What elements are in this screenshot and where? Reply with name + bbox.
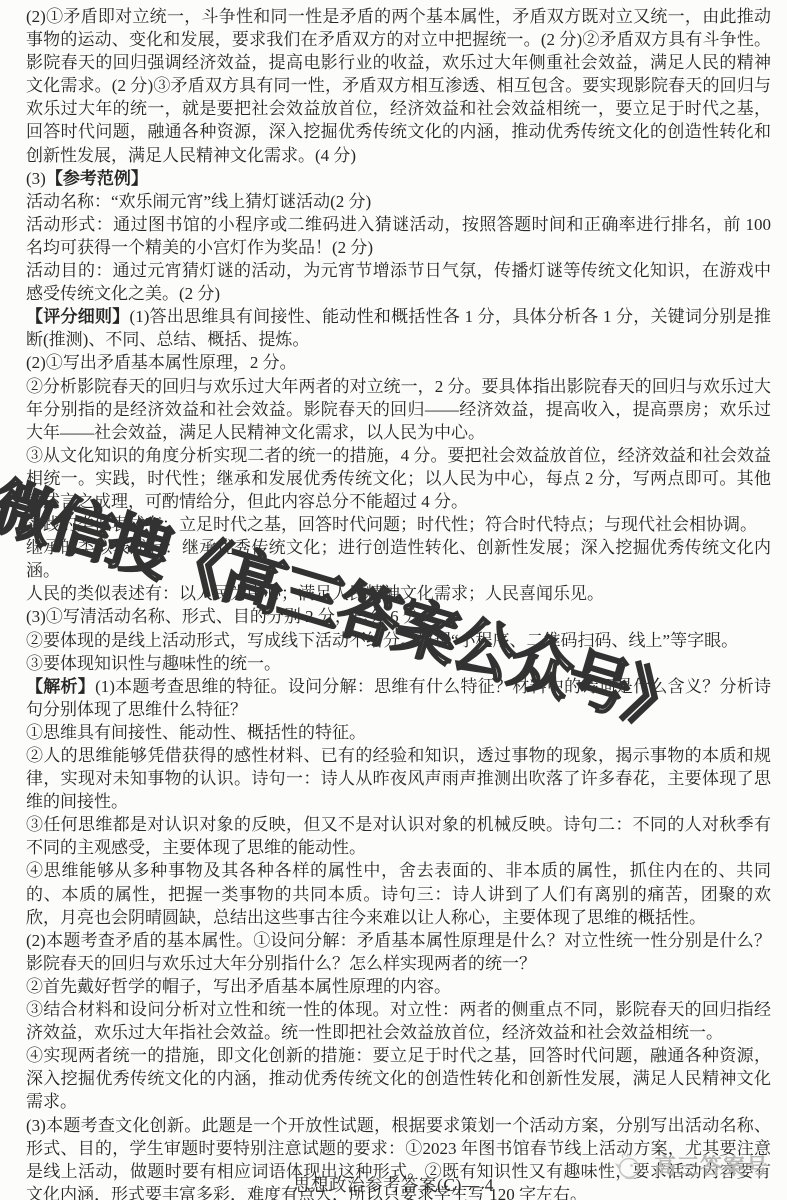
paragraph-pre: (3) — [26, 169, 46, 188]
paragraph: 实践的类似表述有：立足时代之基，回答时代问题；时代性；符合时代特点；与现代社会相… — [26, 513, 771, 536]
paragraph-text: (1)本题考查思维的特征。设问分解：思维有什么特征？材料中的诗词是什么含义？分析… — [26, 677, 771, 719]
paragraph: ③任何思维都是对认识对象的反映，但又不是对认识对象的机械反映。诗句二：不同的人对… — [26, 813, 771, 859]
paragraph-text: (2)①矛盾即对立统一，斗争性和同一性是矛盾的两个基本属性，矛盾双方既对立又统一… — [26, 7, 771, 165]
paragraph-text: ③从文化知识的角度分析实现二者的统一的措施，4 分。要把社会效益放首位，经济效益… — [26, 446, 771, 511]
paragraph: ②人的思维能够凭借获得的感性材料、已有的经验和知识，透过事物的现象，揭示事物的本… — [26, 744, 771, 813]
paragraph: 继承的类似表述有：继承优秀传统文化；进行创造性转化、创新性发展；深入挖掘优秀传统… — [26, 536, 771, 582]
paragraph: (2)①写出矛盾基本属性原理，2 分。 — [26, 351, 771, 374]
paragraph-text: ②要体现的是线上活动形式，写成线下活动不给分。出现“小程序、二维码扫码、线上”等… — [26, 631, 738, 650]
paragraph: (3)①写清活动名称、形式、目的分别 2 分，总分 6 分。 — [26, 605, 771, 628]
paragraph-text: 活动名称：“欢乐闹元宵”线上猜灯谜活动(2 分) — [26, 192, 371, 211]
paragraph-text: (2)本题考查矛盾的基本属性。①设问分解：矛盾基本属性原理是什么？对立性统一性分… — [26, 931, 771, 973]
page-number-label: 思想政治参考答案(C)— 4 — [293, 1175, 494, 1195]
paragraph: ③从文化知识的角度分析实现二者的统一的措施，4 分。要把社会效益放首位，经济效益… — [26, 444, 771, 513]
paragraph: 活动目的：通过元宵猜灯谜的活动，为元宵节增添节日气氛，传播灯谜等传统文化知识，在… — [26, 259, 771, 305]
paragraph-text: ③结合材料和设问分析对立性和统一性的体现。对立性：两者的侧重点不同，影院春天的回… — [26, 1000, 771, 1042]
paragraph: ③要体现知识性与趣味性的统一。 — [26, 652, 771, 675]
paragraph: ②分析影院春天的回归与欢乐过大年两者的对立统一，2 分。要具体指出影院春天的回归… — [26, 375, 771, 444]
paragraph: 【解析】(1)本题考查思维的特征。设问分解：思维有什么特征？材料中的诗词是什么含… — [26, 675, 771, 721]
paragraph-text: 继承的类似表述有：继承优秀传统文化；进行创造性转化、创新性发展；深入挖掘优秀传统… — [26, 538, 771, 580]
document-body: (2)①矛盾即对立统一，斗争性和同一性是矛盾的两个基本属性，矛盾双方既对立又统一… — [26, 5, 771, 1200]
paragraph: 活动名称：“欢乐闹元宵”线上猜灯谜活动(2 分) — [26, 190, 771, 213]
paragraph: ②要体现的是线上活动形式，写成线下活动不给分。出现“小程序、二维码扫码、线上”等… — [26, 629, 771, 652]
paragraph: (2)本题考查矛盾的基本属性。①设问分解：矛盾基本属性原理是什么？对立性统一性分… — [26, 929, 771, 975]
paragraph-lead: 【解析】 — [26, 677, 95, 696]
paragraph-text: ②分析影院春天的回归与欢乐过大年两者的对立统一，2 分。要具体指出影院春天的回归… — [26, 377, 771, 442]
answer-sheet-page: (2)①矛盾即对立统一，斗争性和同一性是矛盾的两个基本属性，矛盾双方既对立又统一… — [0, 0, 787, 1200]
paragraph-text: ②首先戴好哲学的帽子，写出矛盾基本属性原理的内容。 — [26, 977, 451, 996]
paragraph: ③结合材料和设问分析对立性和统一性的体现。对立性：两者的侧重点不同，影院春天的回… — [26, 998, 771, 1044]
paragraph-text: ③要体现知识性与趣味性的统一。 — [26, 654, 281, 673]
paragraph-text: ③任何思维都是对认识对象的反映，但又不是对认识对象的机械反映。诗句二：不同的人对… — [26, 815, 771, 857]
paragraph-text: ①思维具有间接性、能动性、概括性的特征。 — [26, 723, 366, 742]
paragraph: 人民的类似表述有：以人民为中心；满足人民精神文化需求；人民喜闻乐见。 — [26, 582, 771, 605]
paragraph: ①思维具有间接性、能动性、概括性的特征。 — [26, 721, 771, 744]
paragraph: (3)【参考范例】 — [26, 167, 771, 190]
paragraph-text: ④思维能够从多种事物及其各种各样的属性中，舍去表面的、非本质的属性，抓住内在的、… — [26, 861, 771, 926]
paragraph-text: 人民的类似表述有：以人民为中心；满足人民精神文化需求；人民喜闻乐见。 — [26, 584, 604, 603]
paragraph-text: (2)①写出矛盾基本属性原理，2 分。 — [26, 353, 297, 372]
paragraph: ④实现两者统一的措施，即文化创新的措施：要立足于时代之基，回答时代问题，融通各种… — [26, 1044, 771, 1113]
paragraph-text: (1)答出思维具有间接性、能动性和概括性各 1 分，具体分析各 1 分，关键词分… — [26, 307, 771, 349]
paragraph-lead: 【参考范例】 — [46, 169, 148, 188]
paragraph-text: 活动形式：通过图书馆的小程序或二维码进入猜谜活动，按照答题时间和正确率进行排名，… — [26, 215, 771, 257]
paragraph: 【评分细则】(1)答出思维具有间接性、能动性和概括性各 1 分，具体分析各 1 … — [26, 305, 771, 351]
paragraph: (2)①矛盾即对立统一，斗争性和同一性是矛盾的两个基本属性，矛盾双方既对立又统一… — [26, 5, 771, 167]
paragraph: ②首先戴好哲学的帽子，写出矛盾基本属性原理的内容。 — [26, 975, 771, 998]
paragraph-lead: 【评分细则】 — [26, 307, 130, 326]
paragraph-text: 活动目的：通过元宵猜灯谜的活动，为元宵节增添节日气氛，传播灯谜等传统文化知识，在… — [26, 261, 771, 303]
paragraph: ④思维能够从多种事物及其各种各样的属性中，舍去表面的、非本质的属性，抓住内在的、… — [26, 859, 771, 928]
page-footer: 思想政治参考答案(C)— 4 — [0, 1172, 787, 1197]
paragraph-text: ②人的思维能够凭借获得的感性材料、已有的经验和知识，透过事物的现象，揭示事物的本… — [26, 746, 771, 811]
paragraph: 活动形式：通过图书馆的小程序或二维码进入猜谜活动，按照答题时间和正确率进行排名，… — [26, 213, 771, 259]
paragraph-text: (3)①写清活动名称、形式、目的分别 2 分，总分 6 分。 — [26, 607, 437, 626]
paragraph-text: ④实现两者统一的措施，即文化创新的措施：要立足于时代之基，回答时代问题，融通各种… — [26, 1046, 771, 1111]
paragraph-text: 实践的类似表述有：立足时代之基，回答时代问题；时代性；符合时代特点；与现代社会相… — [26, 515, 757, 534]
